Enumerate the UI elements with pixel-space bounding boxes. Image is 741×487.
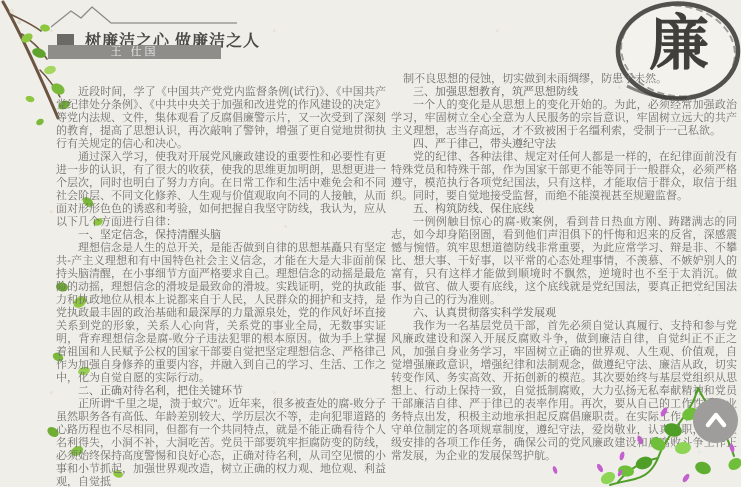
paragraph-7: 一例例触目惊心的腐-败案例，看到昔日热血方刚、踌躇满志的同志，如今却身陷囹圄，看…: [391, 216, 737, 307]
article-page: 树廉洁之心 做廉洁之人 王 仕国 廉 近段时间，学了《中国共产党党内监督条例(试…: [0, 0, 741, 487]
article-column-right: 制不良思想的侵蚀，切实做到未雨绸缪，防患于未然。 三、加强思想教育，筑严思想防线…: [391, 73, 737, 463]
seal-character: 廉: [613, 14, 741, 74]
section-heading-3: 三、加强思想教育，筑严思想防线: [391, 86, 737, 99]
roofline-decoration: [51, 4, 243, 30]
paragraph-4-continued: 制不良思想的侵蚀，切实做到未雨绸缪，防患于未然。: [391, 73, 737, 86]
paragraph-2: 通过深入学习，使我对开展党风廉政建设的重要性和必要性有更进一步的认识，有了很大的…: [56, 151, 386, 229]
section-heading-6: 六、认真贯彻落实科学发展观: [391, 307, 737, 320]
paragraph-8: 我作为一名基层党员干部，首先必须自觉认真履行、支持和参与党风廉政建设和深入开展反…: [391, 320, 737, 463]
scroll-to-top-button[interactable]: [693, 398, 738, 443]
section-heading-5: 五、构筑防线、保住底线: [391, 203, 737, 216]
paragraph-5: 一个人的变化是从思想上的变化开始的。为此，必须经常加强政治学习，牢固树立全心全意…: [391, 99, 737, 138]
author-bar: 王 仕国: [48, 45, 221, 59]
section-heading-4: 四、严于律己，带头遵纪守法: [391, 138, 737, 151]
chevron-up-icon: [701, 406, 731, 436]
section-heading-2: 二、正确对待名利，把住关键环节: [56, 385, 386, 398]
title-bullet-square: [57, 34, 74, 45]
paragraph-6: 党的纪律、各种法律、规定对任何人都是一样的，在纪律面前没有特殊党员和特殊干部，作…: [391, 151, 737, 203]
paragraph-1: 近段时间，学了《中国共产党党内监督条例(试行)》、《中国共产党纪律处分条例》、《…: [56, 86, 386, 151]
article-column-left: 近段时间，学了《中国共产党党内监督条例(试行)》、《中国共产党纪律处分条例》、《…: [56, 86, 386, 487]
section-heading-1: 一、坚定信念，保持清醒头脑: [56, 229, 386, 242]
author-name: 王 仕国: [110, 45, 158, 59]
paragraph-4: 正所谓“千里之堤，溃于蚁穴”。近年来，很多被查处的腐-败分子虽然职务各有高低、年…: [56, 398, 386, 487]
paragraph-3: 理想信念是人生的总开关，是能否做到自律的思想基矗只有坚定共-产主义理想和有中国特…: [56, 242, 386, 385]
